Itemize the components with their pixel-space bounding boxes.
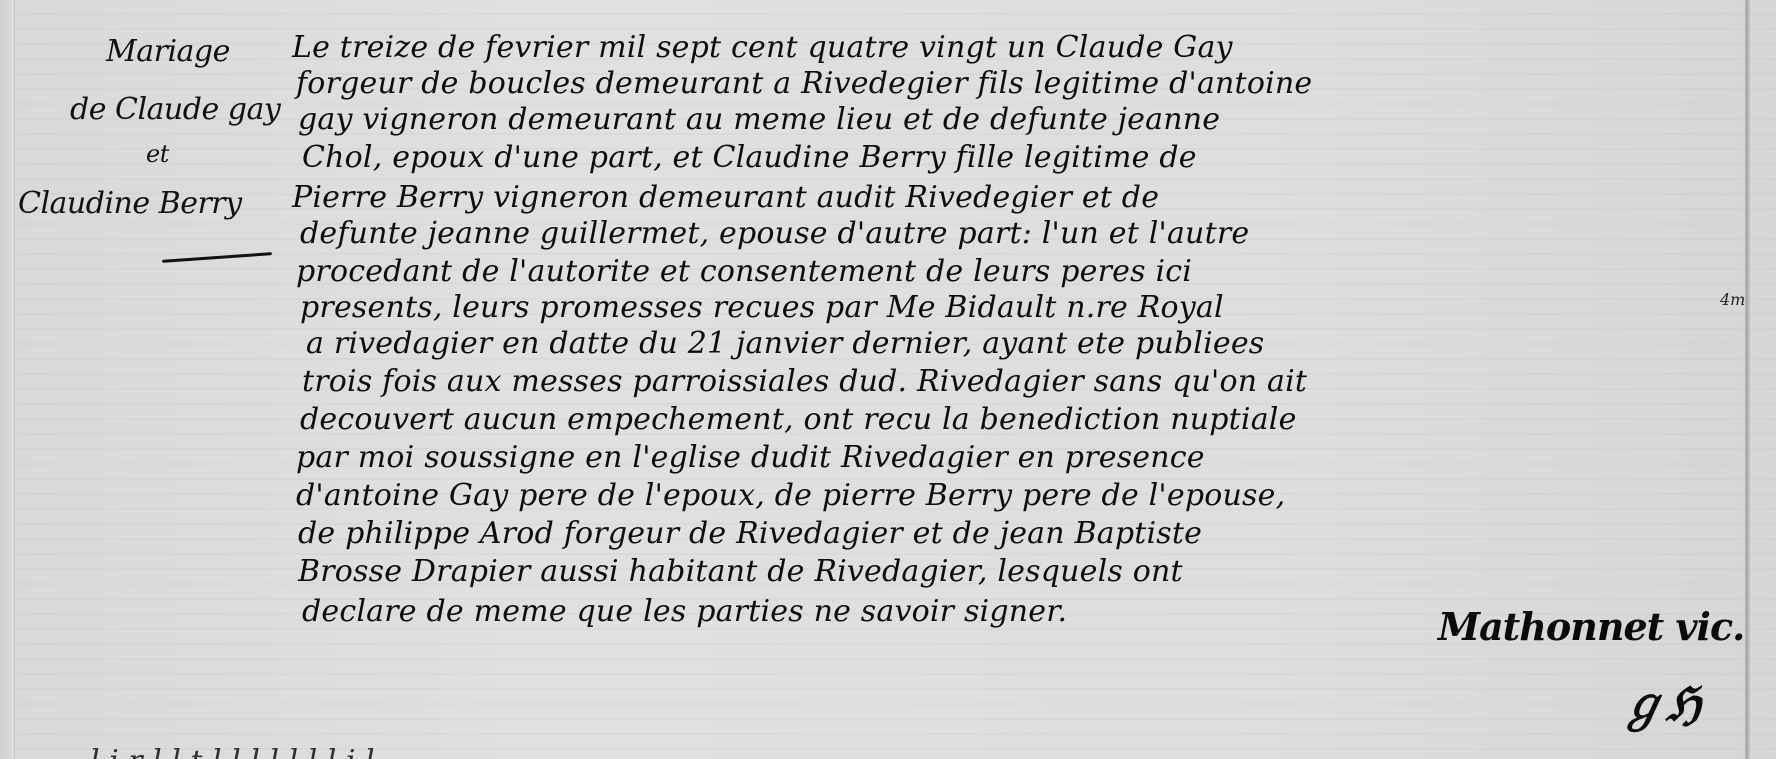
margin-rule-line: [1745, 0, 1750, 759]
text-line: par moi soussigne en l'eglise dudit Rive…: [296, 440, 1205, 475]
margin-note-line: Claudine Berry: [18, 186, 242, 221]
text-line: forgeur de boucles demeurant a Rivedegie…: [296, 66, 1312, 101]
text-line: declare de meme que les parties ne savoi…: [302, 594, 1067, 629]
next-entry-fragment: l i r l l t l l l l l l l i l: [90, 742, 1590, 759]
text-line: Le treize de fevrier mil sept cent quatr…: [292, 30, 1233, 65]
margin-note-line: de Claude gay: [70, 92, 280, 127]
text-line: defunte jeanne guillermet, epouse d'autr…: [300, 216, 1249, 251]
text-line: gay vigneron demeurant au meme lieu et d…: [298, 102, 1220, 137]
margin-annotation: 4m: [1720, 290, 1745, 309]
margin-note-line: et: [146, 140, 169, 168]
text-line: Pierre Berry vigneron demeurant audit Ri…: [292, 180, 1159, 215]
text-line: Brosse Drapier aussi habitant de Rivedag…: [298, 554, 1183, 589]
margin-underline: [162, 252, 272, 263]
text-line: de philippe Arod forgeur de Rivedagier e…: [298, 516, 1202, 551]
register-page: Mariage de Claude gay et Claudine Berry …: [0, 0, 1776, 759]
priest-signature: Mathonnet vic.: [1438, 604, 1744, 649]
text-line: presents, leurs promesses recues par Me …: [300, 290, 1224, 325]
margin-note-line: Mariage: [106, 34, 230, 69]
text-line: trois fois aux messes parroissiales dud.…: [302, 364, 1307, 399]
text-line: d'antoine Gay pere de l'epoux, de pierre…: [296, 478, 1285, 513]
signature-paraph: ℊℌ: [1620, 668, 1701, 734]
text-line: decouvert aucun empechement, ont recu la…: [300, 402, 1297, 437]
text-line: procedant de l'autorite et consentement …: [296, 254, 1192, 289]
text-line: Chol, epoux d'une part, et Claudine Berr…: [302, 140, 1197, 175]
page-left-edge: [0, 0, 15, 759]
margin-note: Mariage de Claude gay et Claudine Berry: [14, 0, 314, 300]
text-line: a rivedagier en datte du 21 janvier dern…: [306, 326, 1264, 361]
